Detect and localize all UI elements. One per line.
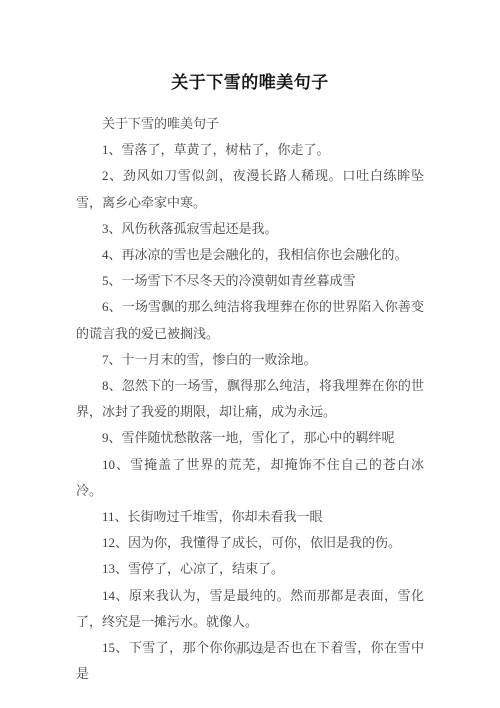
sentence-paragraph: 2、劲风如刀雪似剑，夜漫长路人稀现。口吐白练眸坠雪，离乡心牵家中寒。: [76, 163, 424, 215]
sentence-paragraph: 15、下雪了，那个你你那边是否也在下着雪，你在雪中是: [76, 635, 424, 687]
sentence-paragraph: 5、一场雪下不尽冬天的冷漠朝如青丝暮成雪: [76, 268, 424, 294]
document-body: 关于下雪的唯美句子 1、雪落了，草黄了，树枯了，你走了。 2、劲风如刀雪似剑，夜…: [76, 111, 424, 687]
sentence-paragraph: 13、雪停了，心凉了，结束了。: [76, 556, 424, 582]
page-footer: 第 1 页: [0, 644, 500, 658]
sentence-paragraph: 10、雪掩盖了世界的荒芜，却掩饰不住自己的苍白冰冷。: [76, 452, 424, 504]
document-page: 关于下雪的唯美句子 关于下雪的唯美句子 1、雪落了，草黄了，树枯了，你走了。 2…: [0, 0, 500, 708]
page-number: 第 1 页: [234, 646, 266, 656]
sentence-paragraph: 8、忽然下的一场雪，飘得那么纯洁，将我埋葬在你的世界，冰封了我爱的期限，却让痛，…: [76, 373, 424, 425]
sentence-paragraph: 6、一场雪飘的那么纯洁将我埋葬在你的世界陷入你善变的谎言我的爱已被搁浅。: [76, 294, 424, 346]
sentence-paragraph: 12、因为你，我懂得了成长，可你，依旧是我的伤。: [76, 530, 424, 556]
sentence-paragraph: 3、风伤秋落孤寂雪起还是我。: [76, 216, 424, 242]
sentence-paragraph: 9、雪伴随忧愁散落一地，雪化了，那心中的羁绊呢: [76, 425, 424, 451]
sentence-paragraph: 7、十一月末的雪，惨白的一败涂地。: [76, 347, 424, 373]
document-subtitle: 关于下雪的唯美句子: [76, 111, 424, 137]
sentence-paragraph: 4、再冰凉的雪也是会融化的，我相信你也会融化的。: [76, 242, 424, 268]
sentence-paragraph: 11、长街吻过千堆雪，你却未看我一眼: [76, 504, 424, 530]
page-title: 关于下雪的唯美句子: [0, 70, 500, 96]
sentence-paragraph: 1、雪落了，草黄了，树枯了，你走了。: [76, 137, 424, 163]
sentence-paragraph: 14、原来我认为，雪是最纯的。然而那都是表面，雪化了，终究是一摊污水。就像人。: [76, 583, 424, 635]
